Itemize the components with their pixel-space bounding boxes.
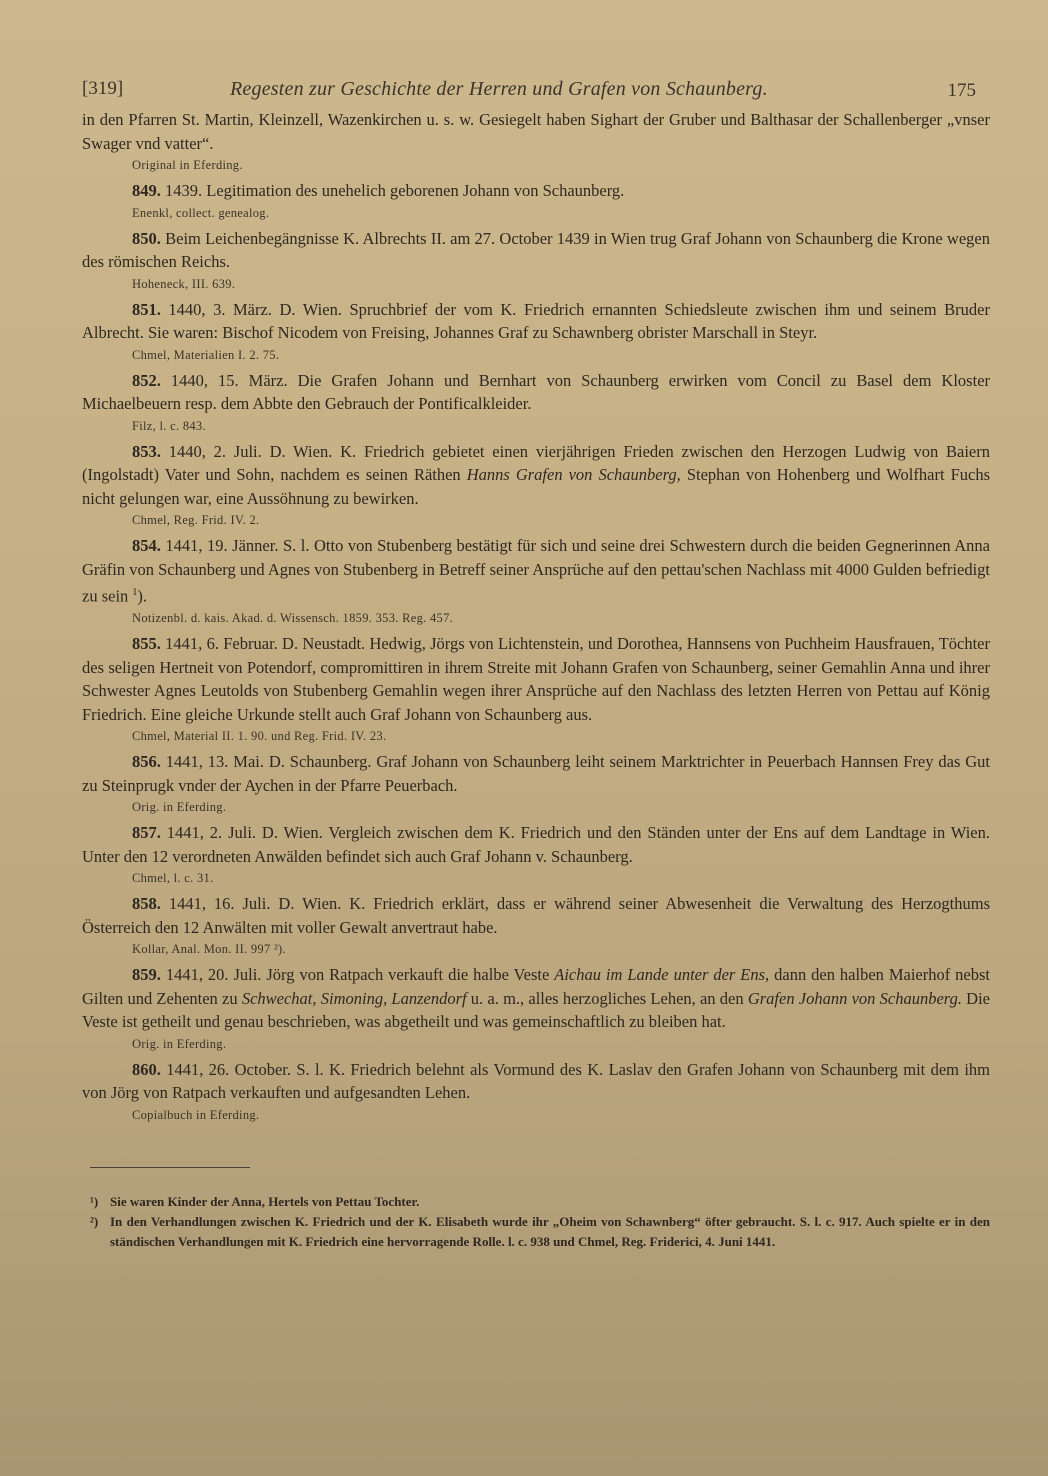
entry-number: 856.: [132, 752, 161, 771]
entry-source: Orig. in Eferding.: [82, 1034, 990, 1054]
entry-source: Copialbuch in Eferding.: [82, 1105, 990, 1125]
entry-text: in den Pfarren St. Martin, Kleinzell, Wa…: [82, 108, 990, 155]
entry-text-italic: Schwechat, Simoning, Lanzendorf: [242, 989, 467, 1008]
footnote-text: In den Verhandlungen zwischen K. Friedri…: [110, 1214, 990, 1249]
entry-text: 1441, 16. Juli. D. Wien. K. Friedrich er…: [82, 894, 990, 937]
running-header: [319] Regesten zur Geschichte der Herren…: [82, 78, 990, 108]
entry-850: 850. Beim Leichenbegängnisse K. Albrecht…: [82, 227, 990, 294]
entry-text: ).: [137, 587, 147, 606]
entry-text: u. a. m., alles herzogliches Lehen, an d…: [467, 989, 748, 1008]
entry-854: 854. 1441, 19. Jänner. S. l. Otto von St…: [82, 534, 990, 628]
footnote-1: ¹)Sie waren Kinder der Anna, Hertels von…: [82, 1192, 990, 1212]
entry-852: 852. 1440, 15. März. Die Grafen Johann u…: [82, 369, 990, 436]
entry-number: 849.: [132, 181, 161, 200]
entry-858: 858. 1441, 16. Juli. D. Wien. K. Friedri…: [82, 892, 990, 959]
entry-number: 852.: [132, 371, 161, 390]
footnote-divider: [90, 1167, 250, 1168]
entry-text-italic: Aichau im Lande unter der Ens: [554, 965, 765, 984]
entry-859: 859. 1441, 20. Juli. Jörg von Ratpach ve…: [82, 963, 990, 1054]
entry-number: 853.: [132, 442, 161, 461]
entry-number: 857.: [132, 823, 161, 842]
entry-source: Chmel, Reg. Frid. IV. 2.: [82, 510, 990, 530]
entry-number: 850.: [132, 229, 161, 248]
continuation-entry: in den Pfarren St. Martin, Kleinzell, Wa…: [82, 108, 990, 175]
entry-text-italic: Hanns Grafen von Schaunberg,: [467, 465, 681, 484]
running-title: Regesten zur Geschichte der Herren und G…: [230, 78, 768, 101]
entry-source: Enenkl, collect. genealog.: [82, 203, 990, 223]
entry-text: 1441, 2. Juli. D. Wien. Vergleich zwisch…: [82, 823, 990, 866]
entry-source: Orig. in Eferding.: [82, 797, 990, 817]
page-number: 175: [948, 80, 977, 102]
entry-text: 1441, 13. Mai. D. Schaunberg. Graf Johan…: [82, 752, 990, 795]
footnote-mark: ¹): [82, 1192, 110, 1212]
footnote-mark: ²): [90, 1212, 110, 1232]
entry-860: 860. 1441, 26. October. S. l. K. Friedri…: [82, 1058, 990, 1125]
entry-text: 1441, 19. Jänner. S. l. Otto von Stubenb…: [82, 536, 990, 606]
entry-number: 858.: [132, 894, 161, 913]
entry-number: 855.: [132, 634, 161, 653]
entry-source: Notizenbl. d. kais. Akad. d. Wissensch. …: [82, 608, 990, 628]
entry-source: Chmel, Materialien I. 2. 75.: [82, 345, 990, 365]
entry-source: Filz, l. c. 843.: [82, 416, 990, 436]
entry-857: 857. 1441, 2. Juli. D. Wien. Vergleich z…: [82, 821, 990, 888]
entry-number: 859.: [132, 965, 161, 984]
footnote-text: Sie waren Kinder der Anna, Hertels von P…: [110, 1194, 419, 1209]
entry-853: 853. 1440, 2. Juli. D. Wien. K. Friedric…: [82, 440, 990, 531]
entry-text-italic: Grafen Johann von Schaunberg.: [748, 989, 962, 1008]
entry-source: Kollar, Anal. Mon. II. 997 ²).: [82, 939, 990, 959]
entry-856: 856. 1441, 13. Mai. D. Schaunberg. Graf …: [82, 750, 990, 817]
entry-text: Beim Leichenbegängnisse K. Albrechts II.…: [82, 229, 990, 272]
footnote-2: ²)In den Verhandlungen zwischen K. Fried…: [82, 1212, 990, 1252]
entry-text: 1441, 20. Juli. Jörg von Ratpach verkauf…: [166, 965, 554, 984]
entry-text: 1440, 15. März. Die Grafen Johann und Be…: [82, 371, 990, 414]
entry-number: 860.: [132, 1060, 161, 1079]
entry-number: 851.: [132, 300, 161, 319]
entry-851: 851. 1440, 3. März. D. Wien. Spruchbrief…: [82, 298, 990, 365]
entry-855: 855. 1441, 6. Februar. D. Neustadt. Hedw…: [82, 632, 990, 746]
entry-text: 1441, 6. Februar. D. Neustadt. Hedwig, J…: [82, 634, 990, 724]
entry-849: 849. 1439. Legitimation des unehelich ge…: [82, 179, 990, 223]
entry-source: Hoheneck, III. 639.: [82, 274, 990, 294]
entry-source: Chmel, Material II. 1. 90. und Reg. Frid…: [82, 726, 990, 746]
entry-source: Original in Eferding.: [82, 155, 990, 175]
entry-text: 1439. Legitimation des unehelich geboren…: [165, 181, 624, 200]
entry-number: 854.: [132, 536, 161, 555]
entry-text: 1441, 26. October. S. l. K. Friedrich be…: [82, 1060, 990, 1103]
bracket-page-ref: [319]: [82, 78, 123, 100]
entry-text: 1440, 3. März. D. Wien. Spruchbrief der …: [82, 300, 990, 343]
entry-source: Chmel, l. c. 31.: [82, 868, 990, 888]
book-page: [319] Regesten zur Geschichte der Herren…: [82, 78, 990, 1252]
